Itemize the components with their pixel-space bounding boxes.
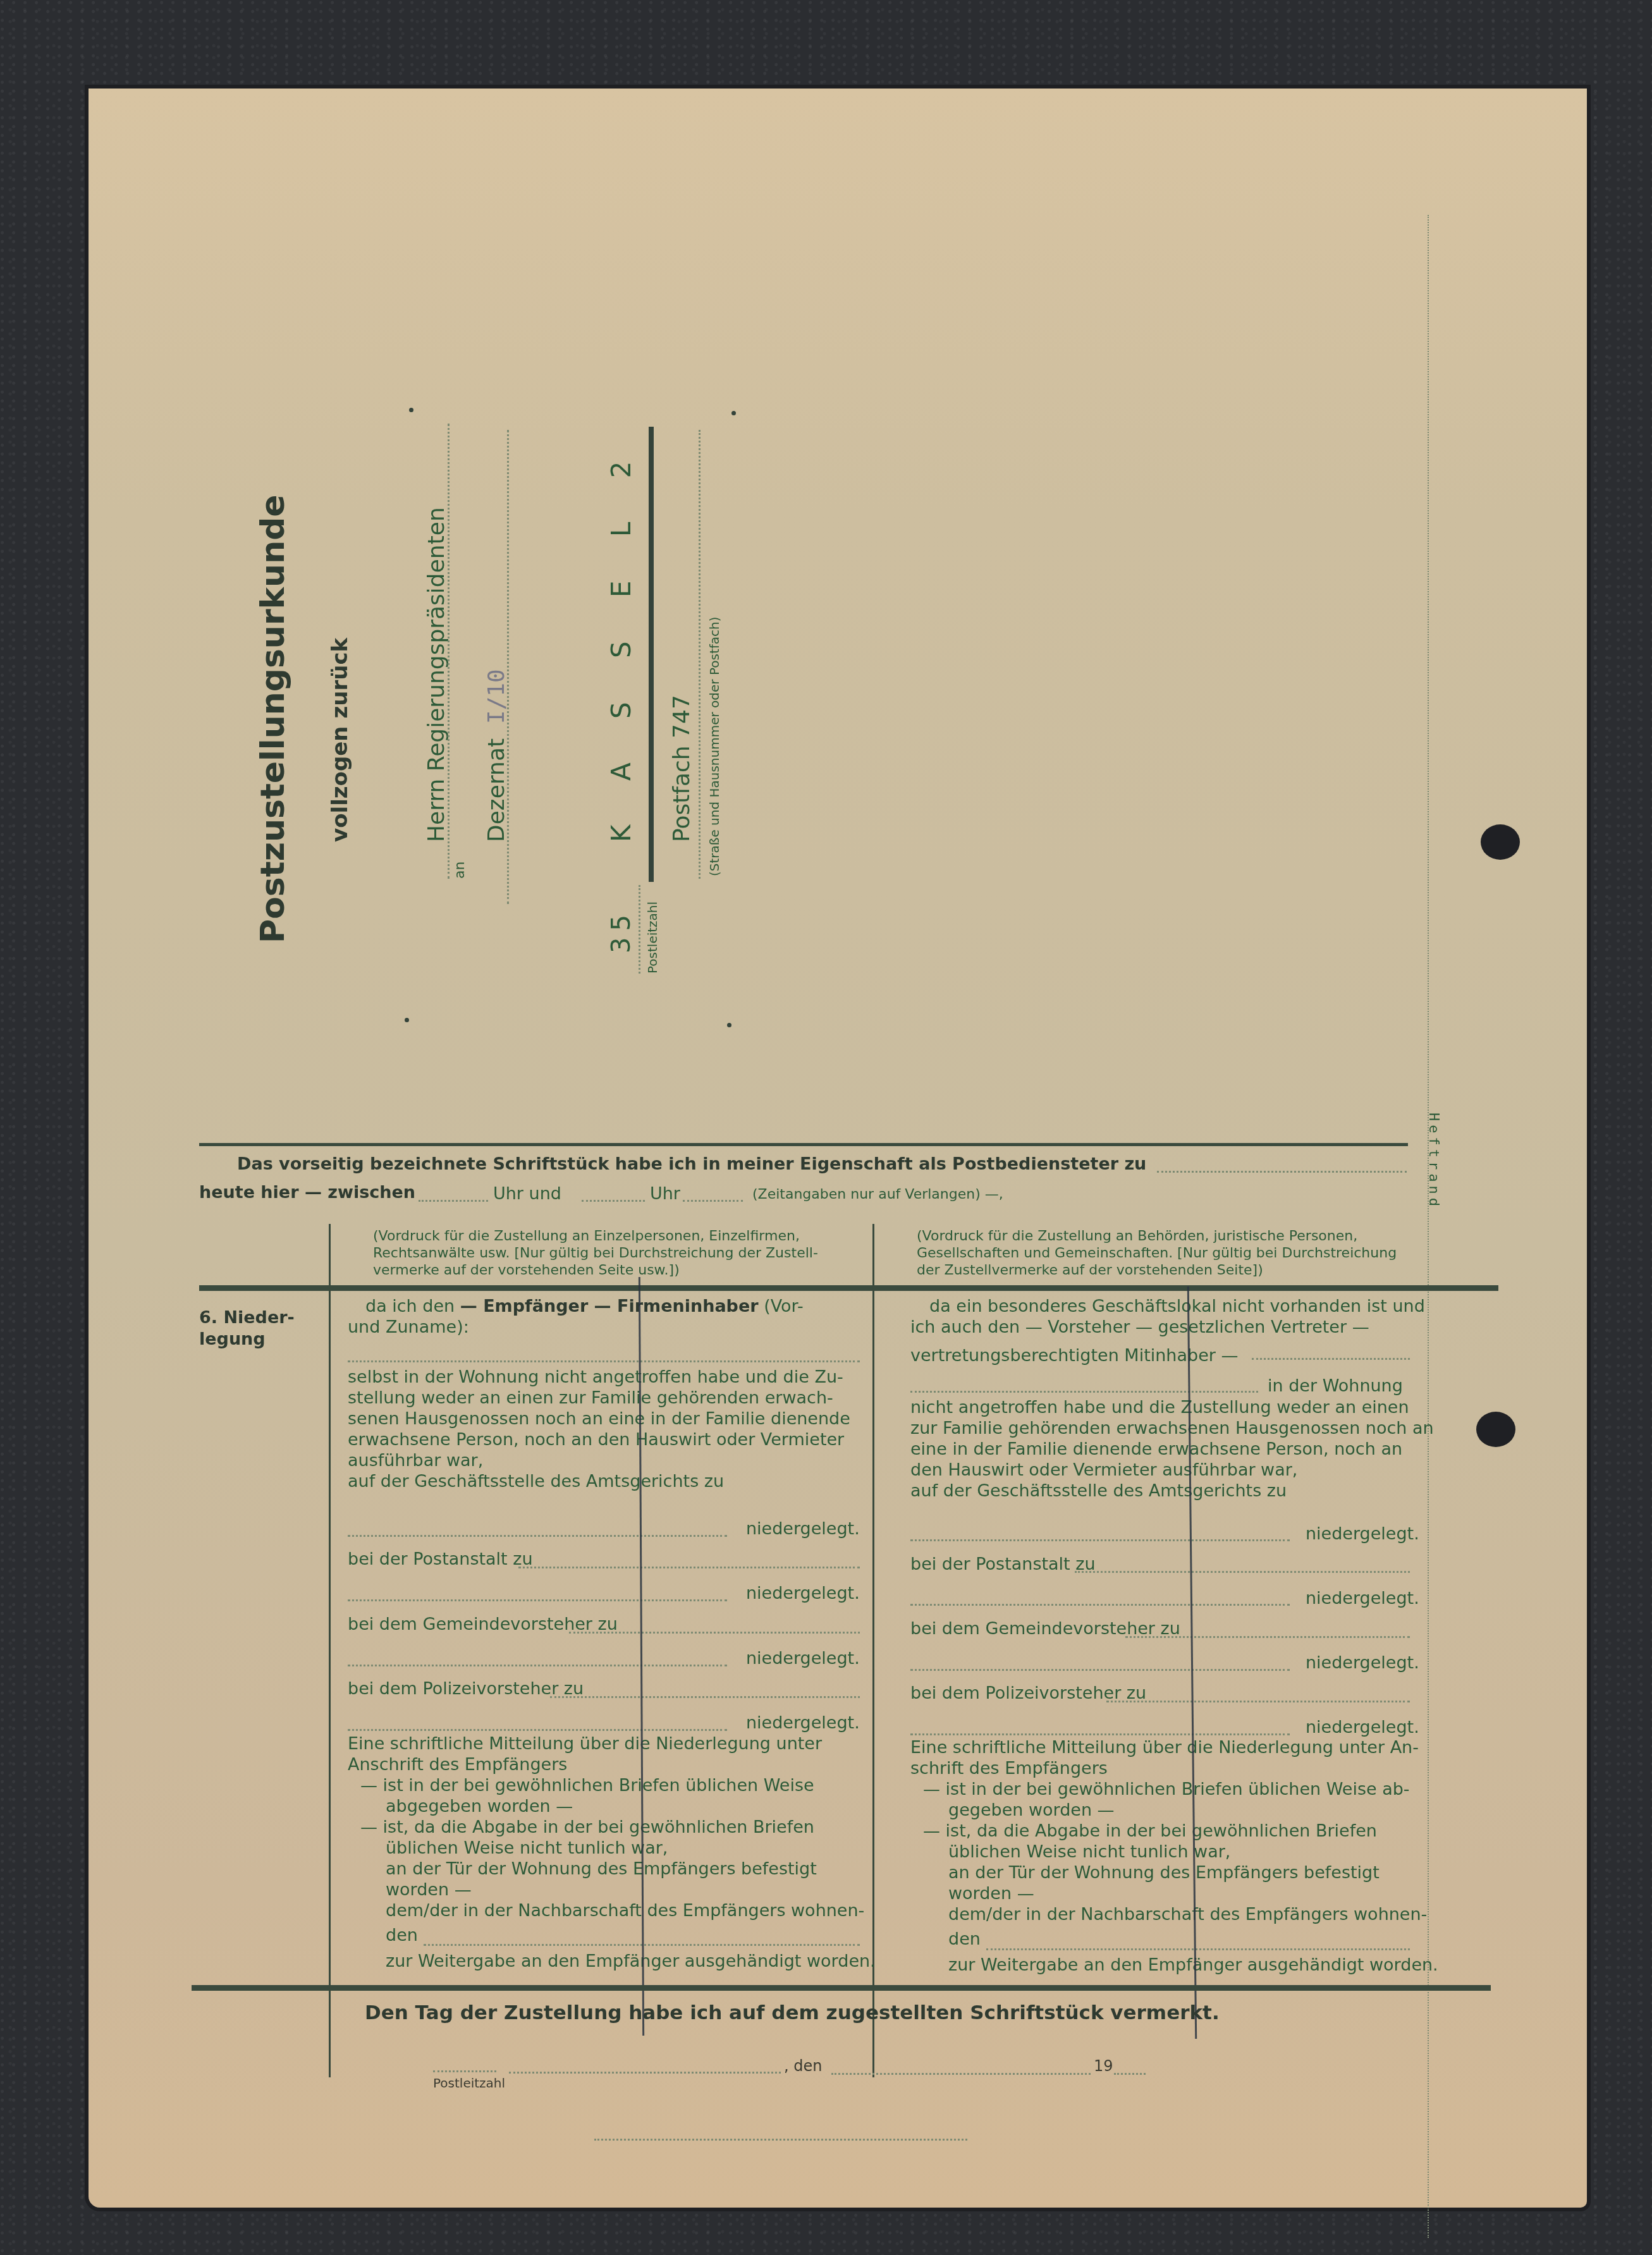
dept-label: Dezernat xyxy=(484,738,510,842)
right-polizei-field[interactable] xyxy=(1106,1701,1410,1702)
left-option-2: — ist, da die Abgabe in der bei gewöhnli… xyxy=(360,1817,814,1859)
footer-postcode-field[interactable] xyxy=(433,2070,496,2072)
footer-statement: Den Tag der Zustellung habe ich auf dem … xyxy=(365,2001,1220,2025)
left-gemeinde-field[interactable] xyxy=(569,1632,860,1634)
street-label: (Straße und Hausnummer oder Postfach) xyxy=(707,616,722,876)
right-polizei-field-2[interactable] xyxy=(910,1733,1290,1735)
city-value: K A S S E L 2 xyxy=(607,444,636,842)
left-postanstalt-field-2[interactable] xyxy=(348,1599,727,1601)
left-place-postanstalt: bei der Postanstalt zu xyxy=(348,1549,533,1570)
left-gemeinde-field-2[interactable] xyxy=(348,1665,727,1666)
time-note: (Zeitangaben nur auf Verlangen) —, xyxy=(752,1186,1003,1203)
left-body: selbst in der Wohnung nicht angetroffen … xyxy=(348,1367,861,1492)
dept-value: I/10 xyxy=(484,669,510,724)
street-value: Postfach 747 xyxy=(669,695,695,842)
left-polizei-field[interactable] xyxy=(550,1696,860,1698)
right-body: nicht angetroffen habe und die Zustellun… xyxy=(910,1397,1410,1501)
column-divider-left xyxy=(329,1224,331,2077)
left-postanstalt-field[interactable] xyxy=(518,1567,860,1568)
right-deposit-3: niedergelegt. xyxy=(1306,1653,1419,1673)
left-deposit-1: niedergelegt. xyxy=(746,1519,860,1539)
row-label-niederlegung: 6. Nieder- legung xyxy=(199,1307,295,1350)
column-divider-middle xyxy=(872,1224,874,2077)
left-deposit-3: niedergelegt. xyxy=(746,1648,860,1669)
postcode-label: Postleitzahl xyxy=(645,901,660,974)
right-representative-field-2[interactable] xyxy=(910,1391,1258,1393)
recipient-line: Herrn Regierungspräsidenten xyxy=(424,507,450,842)
binding-margin-line xyxy=(1428,215,1429,2238)
footer-signature-field[interactable] xyxy=(594,2139,967,2141)
right-option-3: dem/der in der Nachbarschaft des Empfäng… xyxy=(948,1904,1427,1950)
intro-line-1: Das vorseitig bezeichnete Schriftstück h… xyxy=(237,1154,1146,1175)
time-from-field[interactable] xyxy=(419,1200,488,1202)
right-representative-field[interactable] xyxy=(1252,1358,1410,1360)
left-option-3-end: zur Weitergabe an den Empfänger ausgehän… xyxy=(386,1951,876,1972)
table-bottom-rule xyxy=(192,1985,1491,1991)
footer-year-field[interactable] xyxy=(1114,2073,1146,2075)
right-option-1: — ist in der bei gewöhnlichen Briefen üb… xyxy=(923,1779,1410,1821)
right-postanstalt-field-2[interactable] xyxy=(910,1604,1290,1606)
an-label: an xyxy=(452,862,468,879)
postcode-dotted-line xyxy=(639,885,640,974)
uhr-label: Uhr xyxy=(650,1183,680,1204)
time-extra-field[interactable] xyxy=(683,1200,743,1202)
footer-den-label: , den xyxy=(784,2056,822,2077)
left-column-header: (Vordruck für die Zustellung an Einzelpe… xyxy=(373,1228,818,1279)
table-header-rule xyxy=(199,1285,1498,1291)
right-deposit-4: niedergelegt. xyxy=(1306,1717,1419,1738)
right-gemeinde-field[interactable] xyxy=(1125,1636,1410,1638)
right-deposit-2: niedergelegt. xyxy=(1306,1588,1419,1609)
left-option-2b: an der Tür der Wohnung des Empfängers be… xyxy=(386,1859,817,1900)
left-deposit-4: niedergelegt. xyxy=(746,1713,860,1733)
left-deposit-2: niedergelegt. xyxy=(746,1583,860,1604)
corner-mark xyxy=(727,1023,731,1027)
left-option-1: — ist in der bei gewöhnlichen Briefen üb… xyxy=(360,1775,814,1817)
right-option-2b: an der Tür der Wohnung des Empfängers be… xyxy=(948,1862,1380,1904)
street-dotted-line xyxy=(699,430,701,879)
right-intro: da ein besonderes Geschäftslokal nicht v… xyxy=(910,1296,1425,1366)
punch-hole xyxy=(1476,1412,1515,1447)
right-postanstalt-field[interactable] xyxy=(1075,1571,1410,1573)
form-subtitle: vollzogen zurück xyxy=(327,638,353,842)
section-rule-top xyxy=(199,1143,1408,1146)
right-place-postanstalt: bei der Postanstalt zu xyxy=(910,1554,1096,1575)
left-polizei-field-2[interactable] xyxy=(348,1729,727,1731)
left-intro: da ich den — Empfänger — Firmeninhaber (… xyxy=(365,1296,804,1317)
postcode-value: 35 xyxy=(607,908,636,953)
corner-mark xyxy=(409,408,413,412)
left-notice: Eine schriftliche Mitteilung über die Ni… xyxy=(348,1733,822,1775)
right-notice: Eine schriftliche Mitteilung über die Ni… xyxy=(910,1737,1419,1779)
right-wohnung: in der Wohnung xyxy=(1268,1376,1403,1396)
right-gemeinde-field-2[interactable] xyxy=(910,1669,1290,1671)
left-option-3: dem/der in der Nachbarschaft des Empfäng… xyxy=(386,1900,864,1946)
left-place-polizei: bei dem Polizeivorsteher zu xyxy=(348,1678,584,1699)
left-recipient-name-field[interactable] xyxy=(348,1360,860,1362)
left-intro-2: und Zuname): xyxy=(348,1317,469,1338)
punch-hole xyxy=(1481,824,1520,860)
uhr-und-label: Uhr und xyxy=(493,1183,561,1204)
dept-dotted-line xyxy=(507,430,509,904)
right-deposit-1: niedergelegt. xyxy=(1306,1524,1419,1544)
form-title: Postzustellungsurkunde xyxy=(254,494,292,943)
footer-date-field[interactable] xyxy=(831,2073,1091,2075)
binding-margin-label: Heftrand xyxy=(1426,1113,1441,1210)
footer-place-field[interactable] xyxy=(509,2072,781,2074)
recipient-dotted-line xyxy=(448,424,450,879)
right-option-2: — ist, da die Abgabe in der bei gewöhnli… xyxy=(923,1821,1377,1862)
right-column-header: (Vordruck für die Zustellung an Behörden… xyxy=(917,1228,1397,1279)
intro-location-field[interactable] xyxy=(1157,1171,1407,1173)
postal-delivery-certificate-page: Postzustellungsurkunde vollzogen zurück … xyxy=(89,89,1587,2208)
corner-mark xyxy=(405,1018,409,1022)
corner-mark xyxy=(731,411,736,415)
city-underline xyxy=(649,427,654,882)
time-to-field[interactable] xyxy=(582,1200,645,1202)
intro-time-label: heute hier — zwischen xyxy=(199,1182,415,1203)
footer-year-prefix: 19 xyxy=(1094,2056,1113,2077)
right-court-field[interactable] xyxy=(910,1539,1290,1541)
footer-postcode-label: Postleitzahl xyxy=(433,2075,505,2092)
right-neighbour-field[interactable] xyxy=(986,1948,1410,1950)
left-court-field[interactable] xyxy=(348,1535,727,1537)
right-option-3-end: zur Weitergabe an den Empfänger ausgehän… xyxy=(948,1955,1438,1976)
